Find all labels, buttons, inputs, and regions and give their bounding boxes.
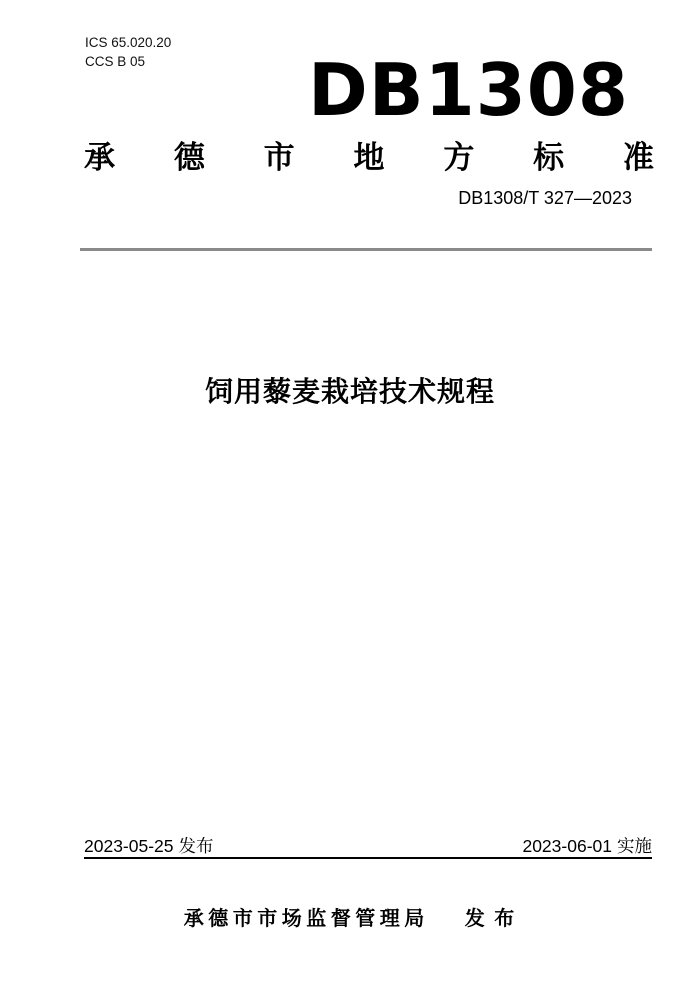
standard-type-char: 市 xyxy=(264,141,295,175)
publisher-name: 承德市市场监督管理局 xyxy=(184,907,429,931)
standard-type-char: 标 xyxy=(533,141,564,175)
document-title: 饲用藜麦栽培技术规程 xyxy=(0,376,700,408)
standard-type-title: 承 德 市 地 方 标 准 xyxy=(84,141,654,175)
standard-type-char: 地 xyxy=(353,141,384,175)
classification-codes: ICS 65.020.20 CCS B 05 xyxy=(85,34,171,71)
standard-type-char: 方 xyxy=(443,141,474,175)
issue-date: 2023-05-25发布 xyxy=(84,836,214,856)
standard-cover-page: ICS 65.020.20 CCS B 05 DB1308 承 德 市 地 方 … xyxy=(0,0,700,990)
implementation-date-label: 实施 xyxy=(617,836,652,856)
issue-date-value: 2023-05-25 xyxy=(84,836,174,856)
standard-code-large: DB1308 xyxy=(308,54,629,126)
implementation-date-value: 2023-06-01 xyxy=(522,836,612,856)
standard-type-char: 承 xyxy=(84,141,115,175)
ccs-code: CCS B 05 xyxy=(85,53,171,72)
date-row: 2023-05-25发布 2023-06-01实施 xyxy=(84,836,652,856)
footer-rule xyxy=(84,857,652,859)
publisher-row: 承德市市场监督管理局 发 布 xyxy=(0,907,700,931)
standard-doc-number: DB1308/T 327—2023 xyxy=(458,188,632,209)
header-divider-rule xyxy=(80,248,652,251)
issue-date-label: 发布 xyxy=(179,836,214,856)
publish-label: 发 布 xyxy=(465,907,517,931)
standard-type-char: 德 xyxy=(174,141,205,175)
implementation-date: 2023-06-01实施 xyxy=(522,836,652,856)
ics-code: ICS 65.020.20 xyxy=(85,34,171,53)
standard-type-char: 准 xyxy=(623,141,654,175)
